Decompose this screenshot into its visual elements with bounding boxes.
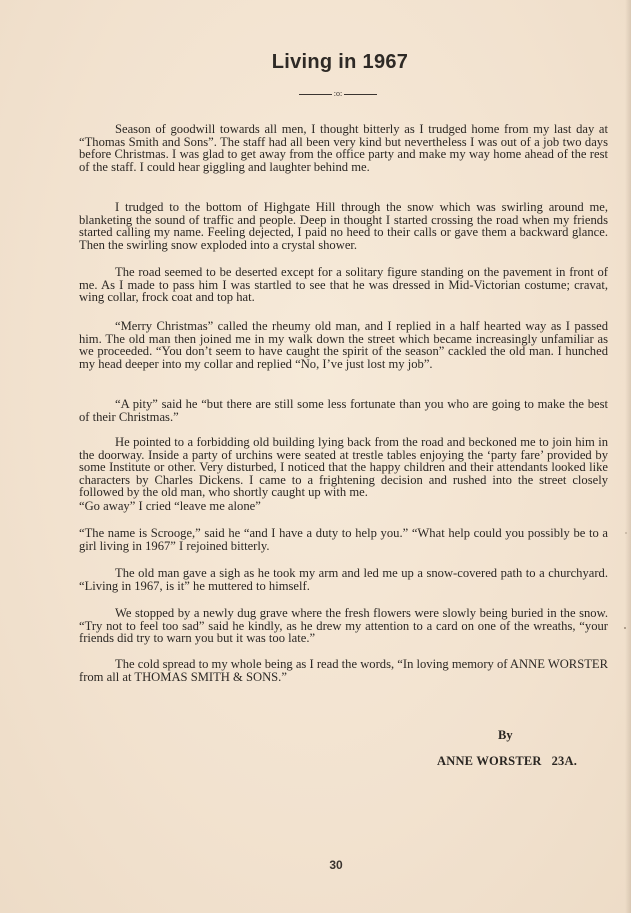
page-number: 30 xyxy=(0,858,631,872)
divider-rule-left xyxy=(299,94,332,95)
paragraph-7: “Go away” I cried “leave me alone” xyxy=(79,500,608,513)
paragraph-8: “The name is Scrooge,” said he “and I ha… xyxy=(79,527,608,552)
author-name: ANNE WORSTER 23A. xyxy=(437,754,577,769)
divider-mark: :o: xyxy=(332,90,344,98)
paragraph-5: “A pity” said he “but there are still so… xyxy=(79,398,608,423)
divider-rule-right xyxy=(344,94,377,95)
paragraph-6: He pointed to a forbidding old building … xyxy=(79,436,608,499)
paragraph-4: “Merry Christmas” called the rheumy old … xyxy=(79,320,608,370)
paragraph-11: The cold spread to my whole being as I r… xyxy=(79,658,608,683)
ornamental-divider: :o: xyxy=(299,88,377,100)
page-edge-shadow xyxy=(625,0,631,913)
paragraph-2: I trudged to the bottom of Highgate Hill… xyxy=(79,201,608,251)
paper-speck xyxy=(624,627,626,629)
article-title: Living in 1967 xyxy=(0,51,631,74)
paper-speck xyxy=(625,532,627,534)
byline-prefix: By xyxy=(498,728,513,743)
paragraph-10: We stopped by a newly dug grave where th… xyxy=(79,607,608,645)
paragraph-1: Season of goodwill towards all men, I th… xyxy=(79,123,608,173)
paragraph-9: The old man gave a sigh as he took my ar… xyxy=(79,567,608,592)
paragraph-3: The road seemed to be deserted except fo… xyxy=(79,266,608,304)
